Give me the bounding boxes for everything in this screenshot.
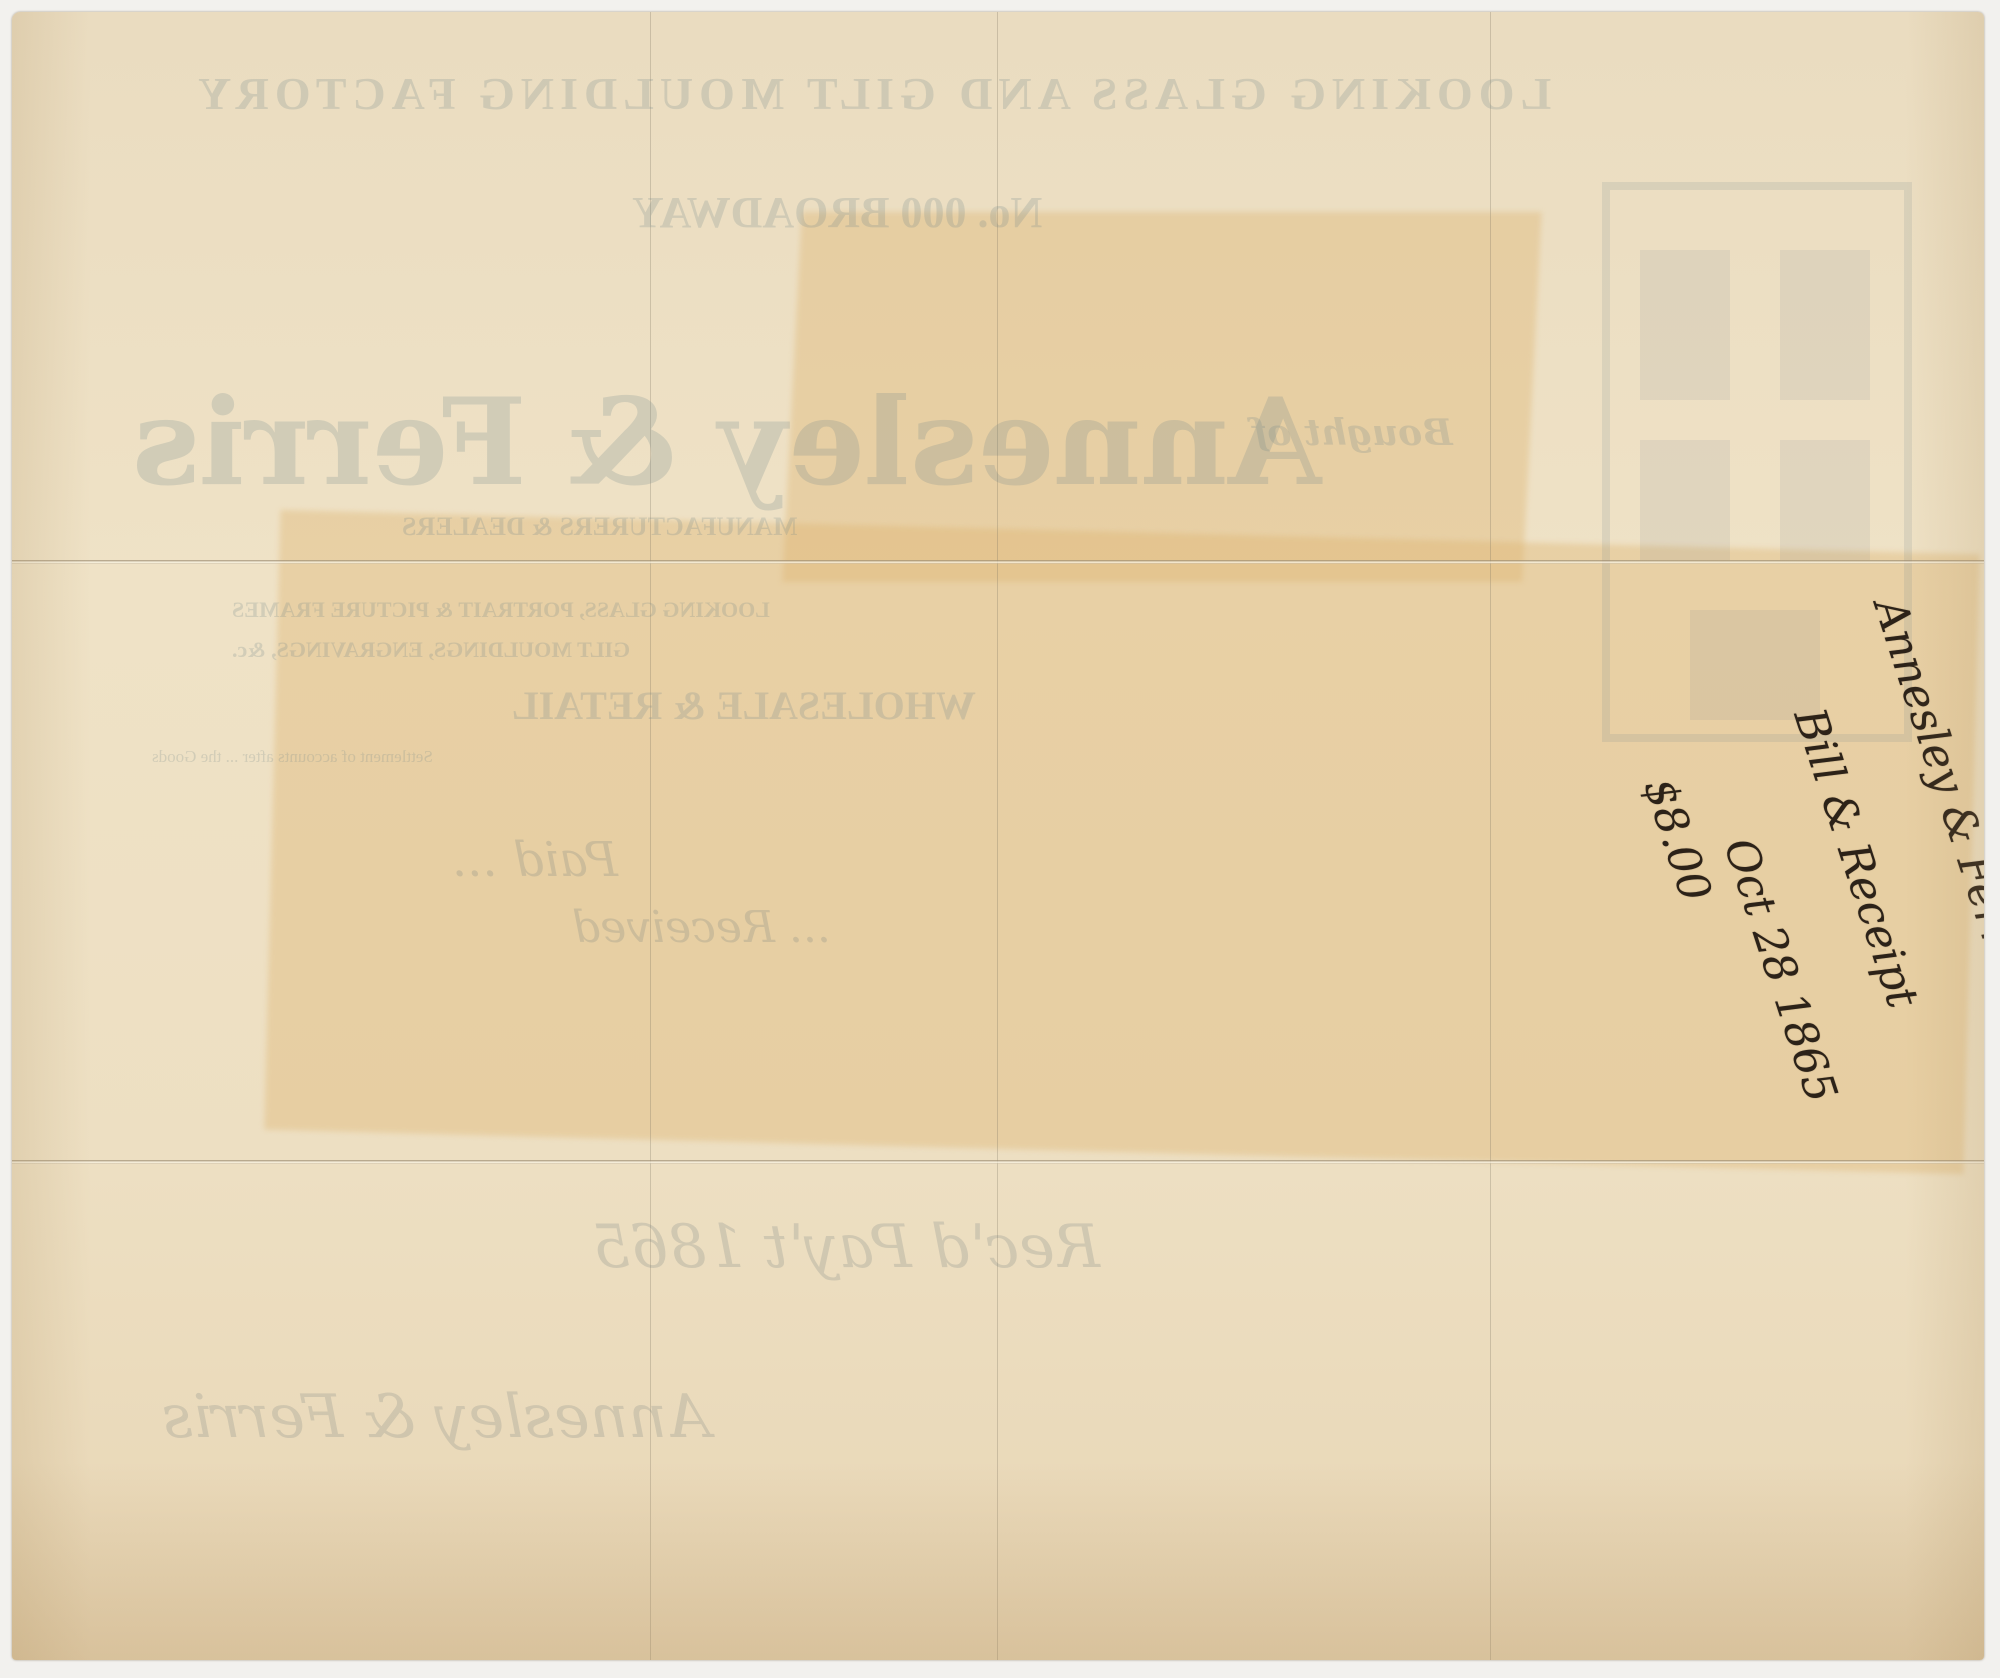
fold-crease-vertical: [1490, 12, 1491, 1660]
fold-crease-horizontal: [12, 560, 1984, 564]
bleed-through-handwriting: Paid ...: [452, 832, 618, 888]
docket-date: Oct 28 1865: [1713, 832, 1846, 1109]
bleed-through-header: LOOKING GLASS AND GILT MOULDING FACTORY: [192, 67, 1551, 120]
bleed-through-address: No. 000 BROADWAY: [632, 187, 1042, 238]
bleed-through-bought-of: Bought of: [1252, 412, 1453, 454]
handwritten-docket: Annesley & Ferris Bill & Receipt Oct 28 …: [1642, 572, 1972, 1172]
docket-amount: $8.00: [1633, 772, 1720, 908]
bleed-through-terms: Settlement of accounts after ... the Goo…: [152, 747, 433, 767]
bleed-through-subtitle: MANUFACTURERS & DEALERS: [402, 512, 797, 542]
document-sheet: LOOKING GLASS AND GILT MOULDING FACTORY …: [12, 12, 1984, 1660]
bleed-through-trade: WHOLESALE & RETAIL: [512, 682, 976, 729]
bleed-through-firm-name: Annesley & Ferris: [132, 372, 1322, 513]
bleed-through-signature: Annesley & Ferris: [162, 1382, 710, 1452]
bleed-through-handwriting: Rec'd Pay't 1865: [592, 1212, 1100, 1282]
bleed-through-handwriting: ... Received: [572, 902, 831, 953]
bleed-through-goods-line: GILT MOULDINGS, ENGRAVINGS, &c.: [232, 637, 630, 663]
bleed-through-goods-line: LOOKING GLASS, PORTRAIT & PICTURE FRAMES: [232, 597, 770, 623]
fold-crease-vertical: [997, 12, 998, 1660]
